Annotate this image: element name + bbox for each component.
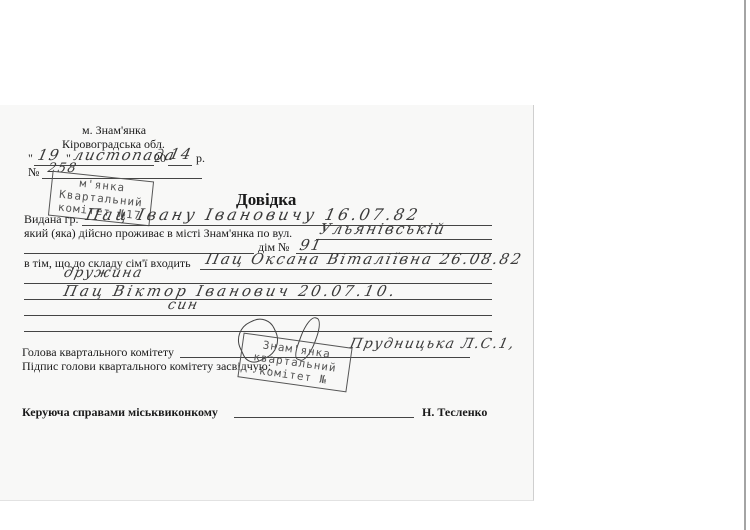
date-year-prefix: 20 — [154, 151, 166, 165]
family-relation-2: син — [166, 297, 200, 313]
manager-signature-underline — [234, 417, 414, 418]
committee-head-signature: Прудницька Л.С.1, — [348, 336, 517, 352]
street-value: Ульянівській — [318, 220, 448, 238]
street-underline — [316, 239, 492, 240]
certify-label: Підпис голови квартального комітету засв… — [22, 359, 271, 373]
family-member-1: Пац Оксана Віталіївна 26.08.82 — [204, 250, 525, 268]
city-label: м. Знам'янка — [82, 123, 146, 137]
number-label: № — [28, 165, 39, 179]
family-member-2: Пац Віктор Іванович 20.07.10. — [62, 282, 399, 300]
committee-head-label: Голова квартального комітету — [22, 345, 174, 359]
date-open-quote: " — [28, 151, 33, 165]
family-underline-4 — [24, 315, 492, 316]
year-underline — [168, 165, 192, 166]
family-relation-1: дружина — [62, 265, 144, 281]
residence-label: який (яка) дійсно проживає в місті Знам'… — [24, 226, 292, 240]
date-year-suffix: 14 — [168, 145, 194, 163]
date-year-unit: р. — [196, 151, 205, 165]
family-underline-3 — [24, 299, 492, 300]
issued-to-label: Видана гр. — [24, 212, 79, 226]
manager-name: Н. Тесленко — [422, 405, 487, 419]
family-underline-1 — [200, 269, 492, 270]
manager-label: Керуюча справами міськвиконкому — [22, 405, 218, 419]
scan-edge-line — [744, 0, 746, 530]
